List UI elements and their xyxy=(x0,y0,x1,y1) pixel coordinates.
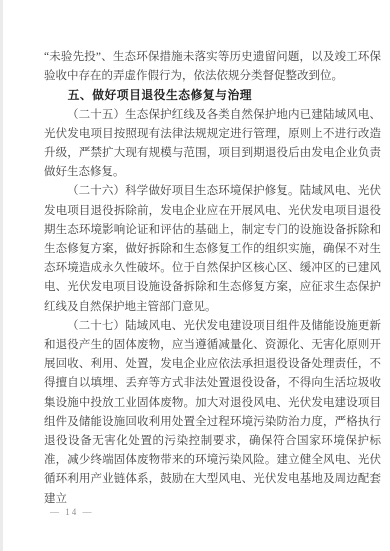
paragraph-item-26: （二十六）科学做好项目生态环境保护修复。陆域风电、光伏发电项目退役拆除前，发电企… xyxy=(44,182,381,316)
paragraph-item-25: （二十五）生态保护红线及各类自然保护地内已建陆域风电、光伏发电项目按照现有法律法… xyxy=(44,106,381,183)
page-edge-shade xyxy=(0,0,3,551)
paragraph-item-27: （二十七）陆域风电、光伏发电建设项目组件及储能设施更新和退役产生的固体废物，应当… xyxy=(44,317,381,509)
paragraph-continued: “未验先投”、生态环保措施未落实等历史遗留问题，以及竣工环保验收中存在的弄虚作假… xyxy=(44,48,381,86)
section-heading: 五、做好项目退役生态修复与治理 xyxy=(44,86,381,105)
document-body: “未验先投”、生态环保措施未落实等历史遗留问题，以及竣工环保验收中存在的弄虚作假… xyxy=(44,48,381,509)
page-number: — 14 — xyxy=(50,506,94,518)
document-page: “未验先投”、生态环保措施未落实等历史遗留问题，以及竣工环保验收中存在的弄虚作假… xyxy=(0,0,390,551)
